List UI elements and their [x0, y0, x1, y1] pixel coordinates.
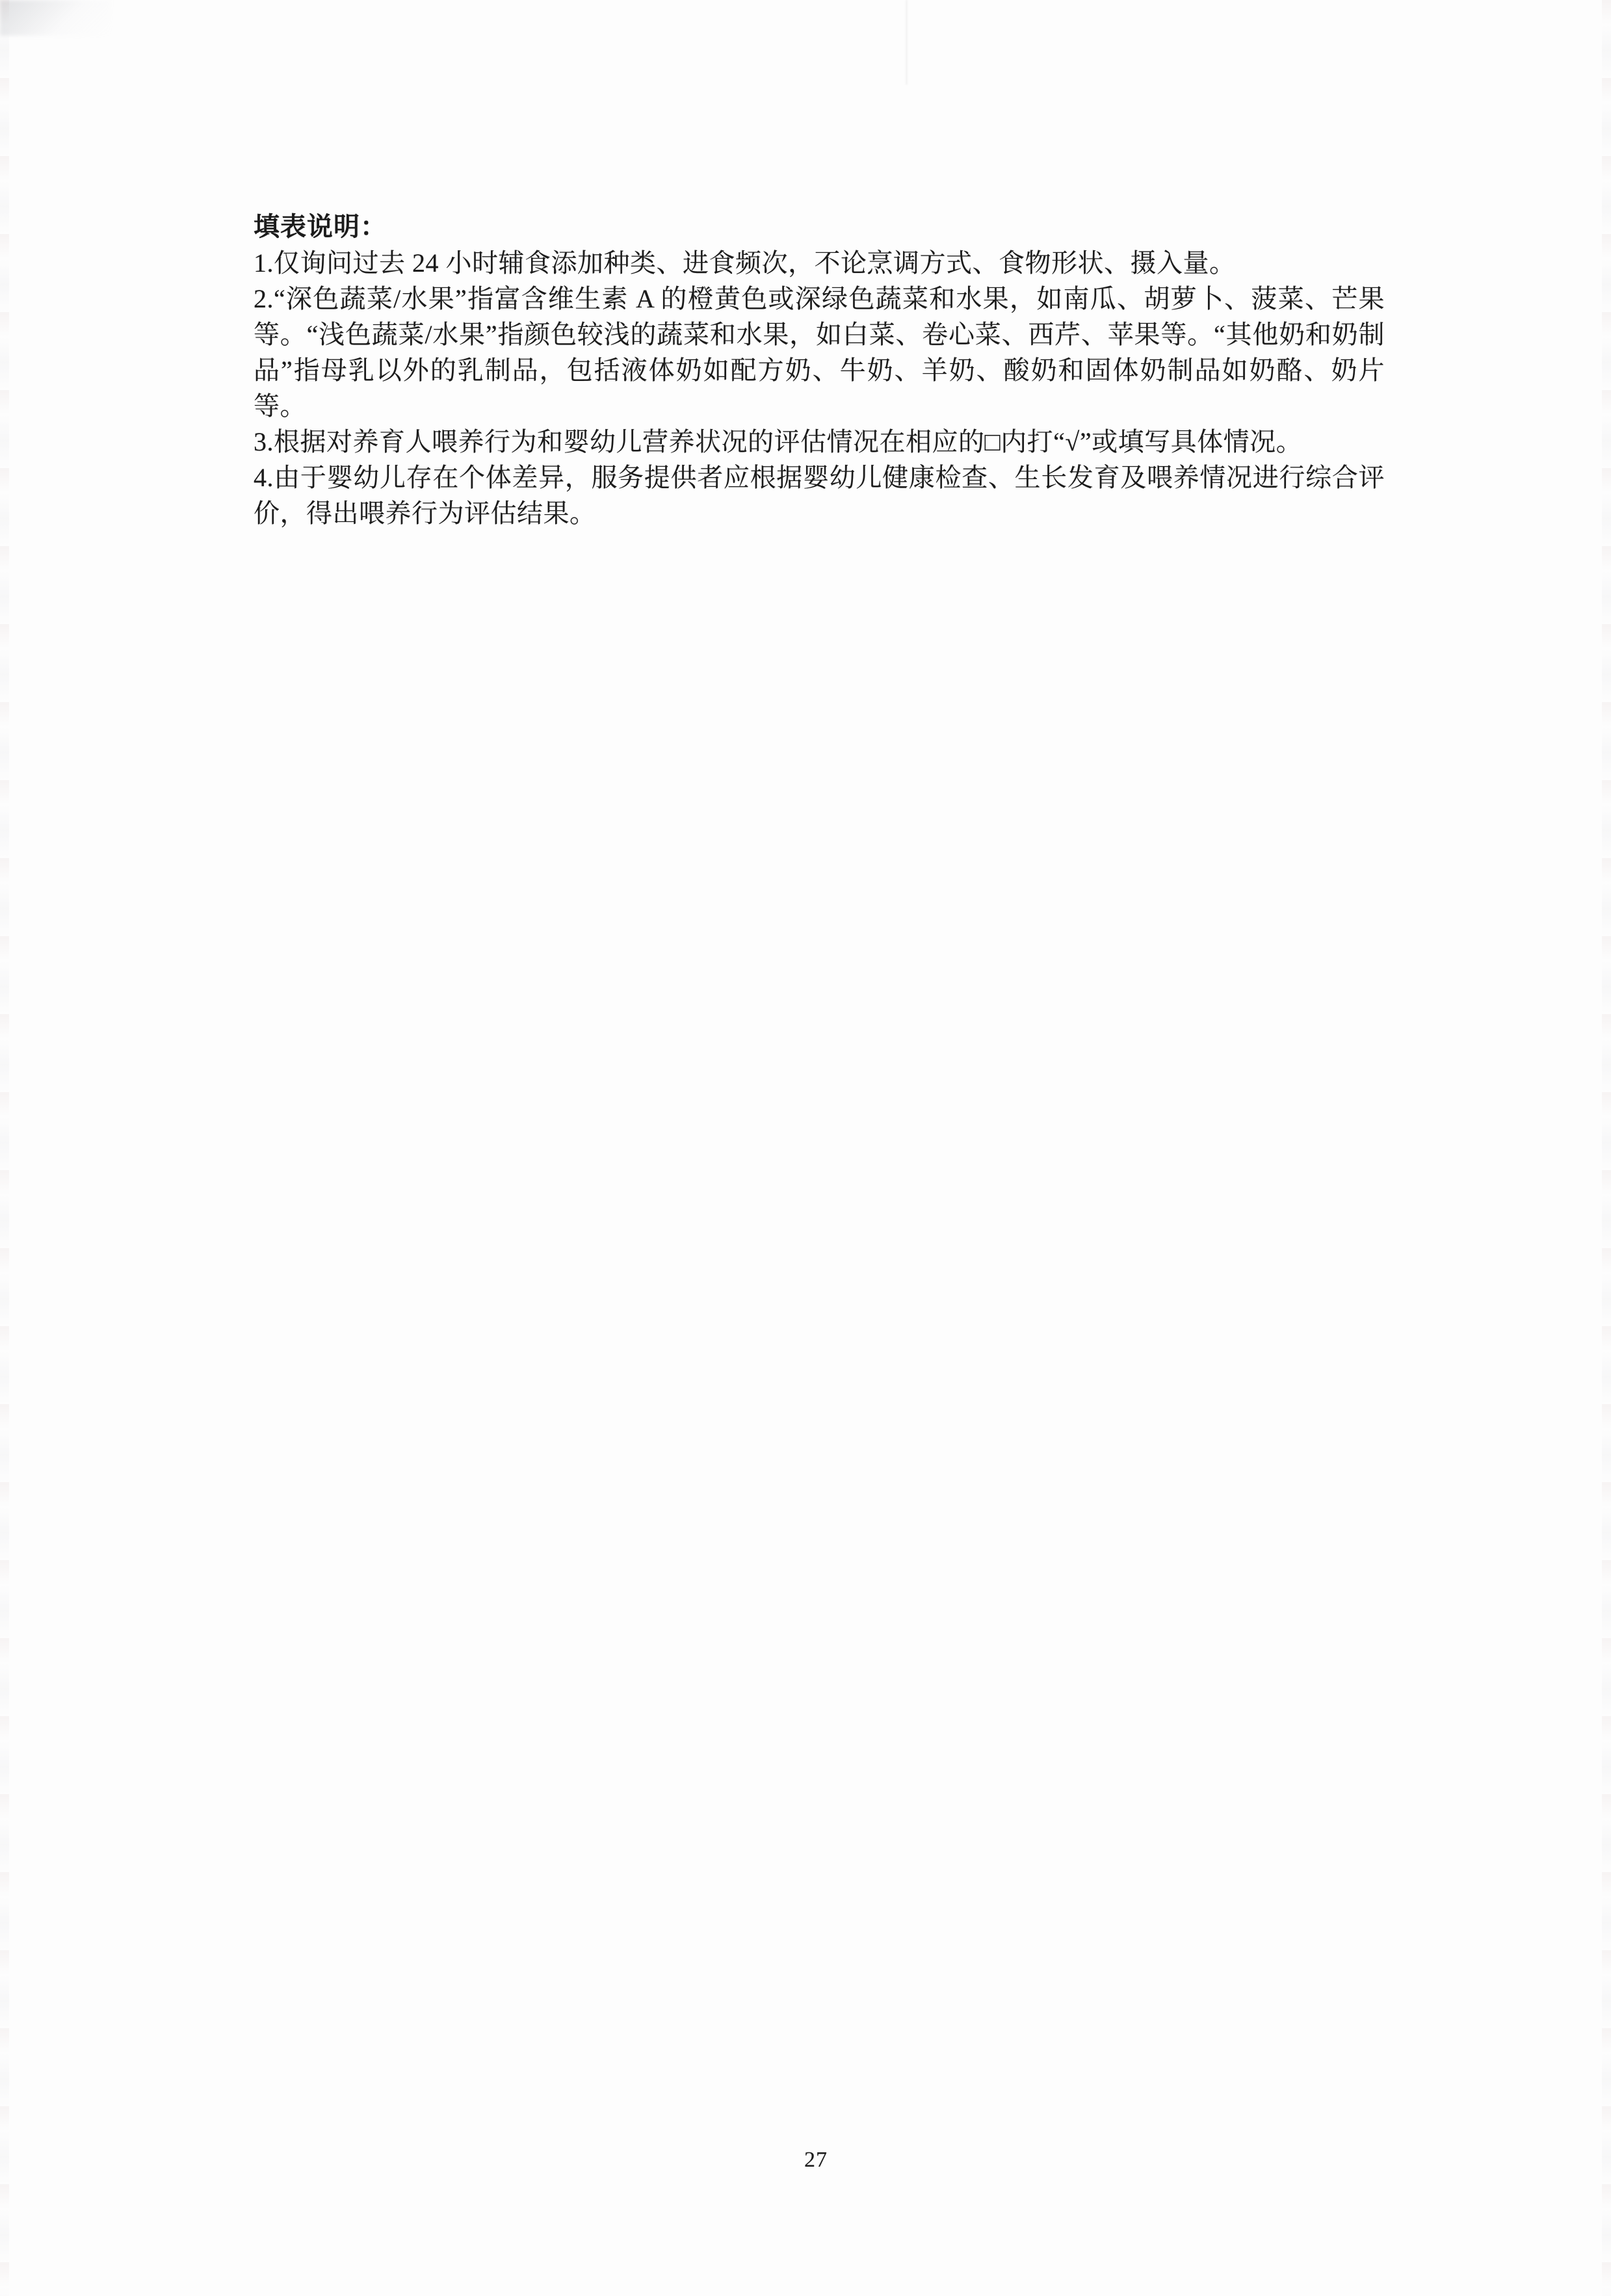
page-number: 27 — [0, 2147, 1611, 2173]
notes-title: 填表说明： — [254, 209, 1385, 245]
note-item-4: 4.由于婴幼儿存在个体差异，服务提供者应根据婴幼儿健康检查、生长发育及喂养情况进… — [254, 460, 1385, 531]
scan-artifact-crease — [906, 0, 908, 85]
scan-artifact-top-left — [0, 0, 111, 36]
form-notes-section: 填表说明： 1.仅询问过去 24 小时辅食添加种类、进食频次，不论烹调方式、食物… — [254, 209, 1385, 531]
note-item-2: 2.“深色蔬菜/水果”指富含维生素 A 的橙黄色或深绿色蔬菜和水果，如南瓜、胡萝… — [254, 281, 1385, 424]
scan-artifact-right-edge — [1602, 0, 1611, 2296]
note-item-3: 3.根据对养育人喂养行为和婴幼儿营养状况的评估情况在相应的□内打“√”或填写具体… — [254, 424, 1385, 460]
scan-artifact-left-edge — [0, 0, 9, 2296]
scanned-document-page: 填表说明： 1.仅询问过去 24 小时辅食添加种类、进食频次，不论烹调方式、食物… — [0, 0, 1611, 2296]
note-item-1: 1.仅询问过去 24 小时辅食添加种类、进食频次，不论烹调方式、食物形状、摄入量… — [254, 245, 1385, 281]
